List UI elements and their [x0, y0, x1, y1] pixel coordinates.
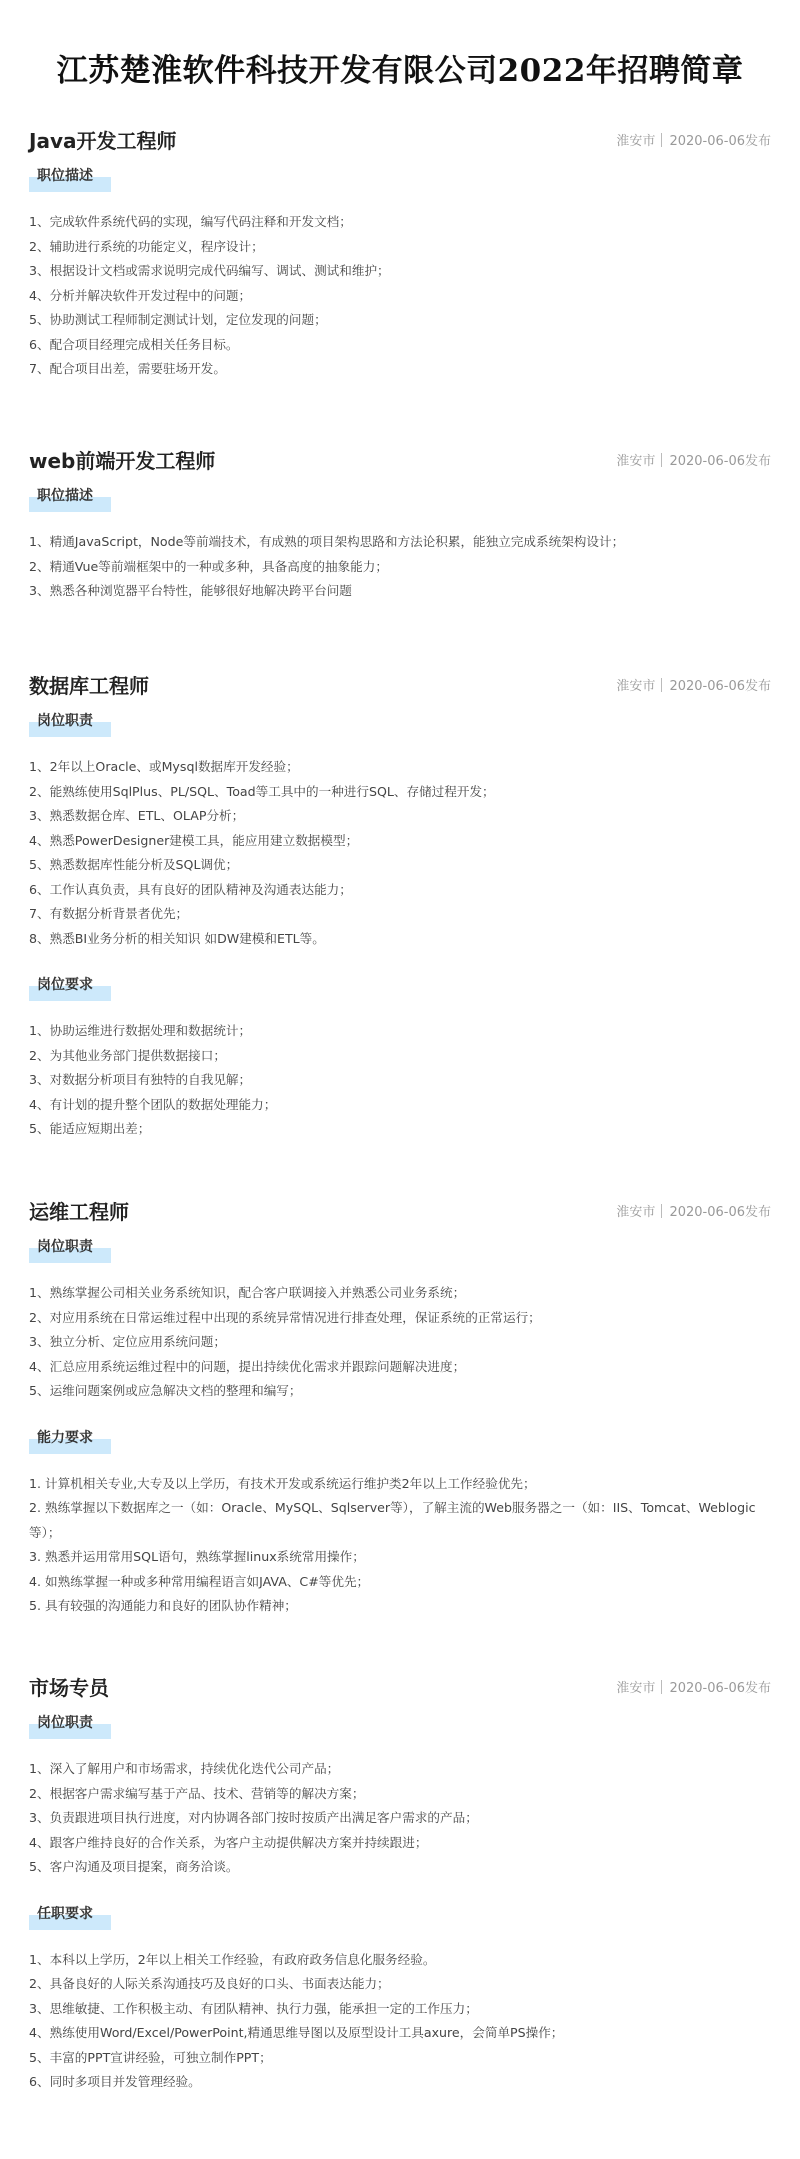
- section-label: 岗位要求: [37, 973, 93, 997]
- list-item: 4、熟练使用Word/Excel/PowerPoint,精通思维导图以及原型设计…: [29, 2021, 771, 2046]
- page-title: 江苏楚淮软件科技开发有限公司2022年招聘简章: [0, 51, 800, 91]
- job-posting-java: Java开发工程师 淮安市2020-06-06发布 职位描述 1、完成软件系统代…: [29, 126, 771, 382]
- job-posting-ops: 运维工程师 淮安市2020-06-06发布 岗位职责 1、熟练掌握公司相关业务系…: [29, 1197, 771, 1619]
- list-item: 5、丰富的PPT宣讲经验，可独立制作PPT；: [29, 2046, 771, 2071]
- section-heading: 岗位要求: [29, 973, 111, 1001]
- list-item: 2. 熟练掌握以下数据库之一（如：Oracle、MySQL、Sqlserver等…: [29, 1496, 771, 1545]
- section-heading: 岗位职责: [29, 1711, 111, 1739]
- job-publish-date: 2020-06-06发布: [669, 454, 771, 469]
- job-location: 淮安市: [616, 1681, 655, 1696]
- list-item: 2、具备良好的人际关系沟通技巧及良好的口头、书面表达能力；: [29, 1972, 771, 1997]
- job-posting-database: 数据库工程师 淮安市2020-06-06发布 岗位职责 1、2年以上Oracle…: [29, 671, 771, 1142]
- job-title: Java开发工程师: [29, 126, 176, 156]
- list-item: 5. 具有较强的沟通能力和良好的团队协作精神；: [29, 1594, 771, 1619]
- job-publish-date: 2020-06-06发布: [669, 134, 771, 149]
- section-heading: 岗位职责: [29, 709, 111, 737]
- list-item: 1、精通JavaScript，Node等前端技术，有成熟的项目架构思路和方法论积…: [29, 530, 771, 555]
- list-item: 3、对数据分析项目有独特的自我见解；: [29, 1068, 771, 1093]
- meta-divider: [661, 1204, 662, 1218]
- item-list: 1、熟练掌握公司相关业务系统知识，配合客户联调接入并熟悉公司业务系统； 2、对应…: [29, 1281, 771, 1404]
- section-label: 职位描述: [37, 164, 93, 188]
- list-item: 3、熟悉数据仓库、ETL、OLAP分析；: [29, 804, 771, 829]
- list-item: 3、负责跟进项目执行进度，对内协调各部门按时按质产出满足客户需求的产品；: [29, 1806, 771, 1831]
- job-posting-marketing: 市场专员 淮安市2020-06-06发布 岗位职责 1、深入了解用户和市场需求，…: [29, 1673, 771, 2095]
- list-item: 7、有数据分析背景者优先；: [29, 902, 771, 927]
- list-item: 4、有计划的提升整个团队的数据处理能力；: [29, 1093, 771, 1118]
- section-label: 能力要求: [37, 1426, 93, 1450]
- job-publish-date: 2020-06-06发布: [669, 679, 771, 694]
- list-item: 6、同时多项目并发管理经验。: [29, 2070, 771, 2095]
- list-item: 5、协助测试工程师制定测试计划，定位发现的问题；: [29, 308, 771, 333]
- list-item: 4、汇总应用系统运维过程中的问题，提出持续优化需求并跟踪问题解决进度；: [29, 1355, 771, 1380]
- list-item: 5、客户沟通及项目提案，商务洽谈。: [29, 1855, 771, 1880]
- job-posting-web-frontend: web前端开发工程师 淮安市2020-06-06发布 职位描述 1、精通Java…: [29, 446, 771, 604]
- job-header: 运维工程师 淮安市2020-06-06发布: [29, 1197, 771, 1227]
- job-meta: 淮安市2020-06-06发布: [616, 132, 771, 152]
- job-location: 淮安市: [616, 1205, 655, 1220]
- list-item: 5、运维问题案例或应急解决文档的整理和编写；: [29, 1379, 771, 1404]
- list-item: 5、熟悉数据库性能分析及SQL调优；: [29, 853, 771, 878]
- list-item: 4. 如熟练掌握一种或多种常用编程语言如JAVA、C#等优先；: [29, 1570, 771, 1595]
- list-item: 3、思维敏捷、工作积极主动、有团队精神、执行力强，能承担一定的工作压力；: [29, 1997, 771, 2022]
- meta-divider: [661, 453, 662, 467]
- section-label: 岗位职责: [37, 1235, 93, 1259]
- job-location: 淮安市: [616, 134, 655, 149]
- list-item: 2、为其他业务部门提供数据接口；: [29, 1044, 771, 1069]
- item-list: 1、本科以上学历，2年以上相关工作经验，有政府政务信息化服务经验。 2、具备良好…: [29, 1948, 771, 2095]
- list-item: 1、完成软件系统代码的实现，编写代码注释和开发文档；: [29, 210, 771, 235]
- job-header: Java开发工程师 淮安市2020-06-06发布: [29, 126, 771, 156]
- list-item: 1、熟练掌握公司相关业务系统知识，配合客户联调接入并熟悉公司业务系统；: [29, 1281, 771, 1306]
- list-item: 8、熟悉BI业务分析的相关知识 如DW建模和ETL等。: [29, 927, 771, 952]
- list-item: 2、精通Vue等前端框架中的一种或多种，具备高度的抽象能力；: [29, 555, 771, 580]
- section-heading: 任职要求: [29, 1902, 111, 1930]
- item-list: 1、完成软件系统代码的实现，编写代码注释和开发文档； 2、辅助进行系统的功能定义…: [29, 210, 771, 382]
- list-item: 6、工作认真负责，具有良好的团队精神及沟通表达能力；: [29, 878, 771, 903]
- list-item: 2、能熟练使用SqlPlus、PL/SQL、Toad等工具中的一种进行SQL、存…: [29, 780, 771, 805]
- list-item: 3、熟悉各种浏览器平台特性，能够很好地解决跨平台问题: [29, 579, 771, 604]
- list-item: 1、本科以上学历，2年以上相关工作经验，有政府政务信息化服务经验。: [29, 1948, 771, 1973]
- job-title: 市场专员: [29, 1673, 109, 1703]
- list-item: 1、协助运维进行数据处理和数据统计；: [29, 1019, 771, 1044]
- job-publish-date: 2020-06-06发布: [669, 1205, 771, 1220]
- job-location: 淮安市: [616, 454, 655, 469]
- job-header: 数据库工程师 淮安市2020-06-06发布: [29, 671, 771, 701]
- section-heading: 职位描述: [29, 484, 111, 512]
- list-item: 2、对应用系统在日常运维过程中出现的系统异常情况进行排查处理，保证系统的正常运行…: [29, 1306, 771, 1331]
- section-heading: 职位描述: [29, 164, 111, 192]
- job-header: web前端开发工程师 淮安市2020-06-06发布: [29, 446, 771, 476]
- meta-divider: [661, 1680, 662, 1694]
- section-label: 职位描述: [37, 484, 93, 508]
- section-label: 岗位职责: [37, 709, 93, 733]
- item-list: 1、精通JavaScript，Node等前端技术，有成熟的项目架构思路和方法论积…: [29, 530, 771, 604]
- section-heading: 岗位职责: [29, 1235, 111, 1263]
- meta-divider: [661, 133, 662, 147]
- list-item: 3、独立分析、定位应用系统问题；: [29, 1330, 771, 1355]
- meta-divider: [661, 678, 662, 692]
- section-heading: 能力要求: [29, 1426, 111, 1454]
- list-item: 7、配合项目出差，需要驻场开发。: [29, 357, 771, 382]
- section-label: 任职要求: [37, 1902, 93, 1926]
- list-item: 5、能适应短期出差；: [29, 1117, 771, 1142]
- job-header: 市场专员 淮安市2020-06-06发布: [29, 1673, 771, 1703]
- list-item: 2、根据客户需求编写基于产品、技术、营销等的解决方案；: [29, 1782, 771, 1807]
- job-meta: 淮安市2020-06-06发布: [616, 677, 771, 697]
- job-title: 数据库工程师: [29, 671, 149, 701]
- section-label: 岗位职责: [37, 1711, 93, 1735]
- job-title: web前端开发工程师: [29, 446, 215, 476]
- job-meta: 淮安市2020-06-06发布: [616, 1679, 771, 1699]
- list-item: 1、深入了解用户和市场需求，持续优化迭代公司产品；: [29, 1757, 771, 1782]
- item-list: 1. 计算机相关专业,大专及以上学历，有技术开发或系统运行维护类2年以上工作经验…: [29, 1472, 771, 1619]
- list-item: 1. 计算机相关专业,大专及以上学历，有技术开发或系统运行维护类2年以上工作经验…: [29, 1472, 771, 1497]
- list-item: 4、分析并解决软件开发过程中的问题；: [29, 284, 771, 309]
- list-item: 3. 熟悉并运用常用SQL语句，熟练掌握linux系统常用操作；: [29, 1545, 771, 1570]
- list-item: 1、2年以上Oracle、或Mysql数据库开发经验；: [29, 755, 771, 780]
- list-item: 4、熟悉PowerDesigner建模工具，能应用建立数据模型；: [29, 829, 771, 854]
- list-item: 3、根据设计文档或需求说明完成代码编写、调试、测试和维护；: [29, 259, 771, 284]
- job-meta: 淮安市2020-06-06发布: [616, 452, 771, 472]
- item-list: 1、2年以上Oracle、或Mysql数据库开发经验； 2、能熟练使用SqlPl…: [29, 755, 771, 951]
- job-title: 运维工程师: [29, 1197, 129, 1227]
- list-item: 2、辅助进行系统的功能定义，程序设计；: [29, 235, 771, 260]
- list-item: 6、配合项目经理完成相关任务目标。: [29, 333, 771, 358]
- job-meta: 淮安市2020-06-06发布: [616, 1203, 771, 1223]
- job-publish-date: 2020-06-06发布: [669, 1681, 771, 1696]
- job-location: 淮安市: [616, 679, 655, 694]
- item-list: 1、协助运维进行数据处理和数据统计； 2、为其他业务部门提供数据接口； 3、对数…: [29, 1019, 771, 1142]
- list-item: 4、跟客户维持良好的合作关系，为客户主动提供解决方案并持续跟进；: [29, 1831, 771, 1856]
- item-list: 1、深入了解用户和市场需求，持续优化迭代公司产品； 2、根据客户需求编写基于产品…: [29, 1757, 771, 1880]
